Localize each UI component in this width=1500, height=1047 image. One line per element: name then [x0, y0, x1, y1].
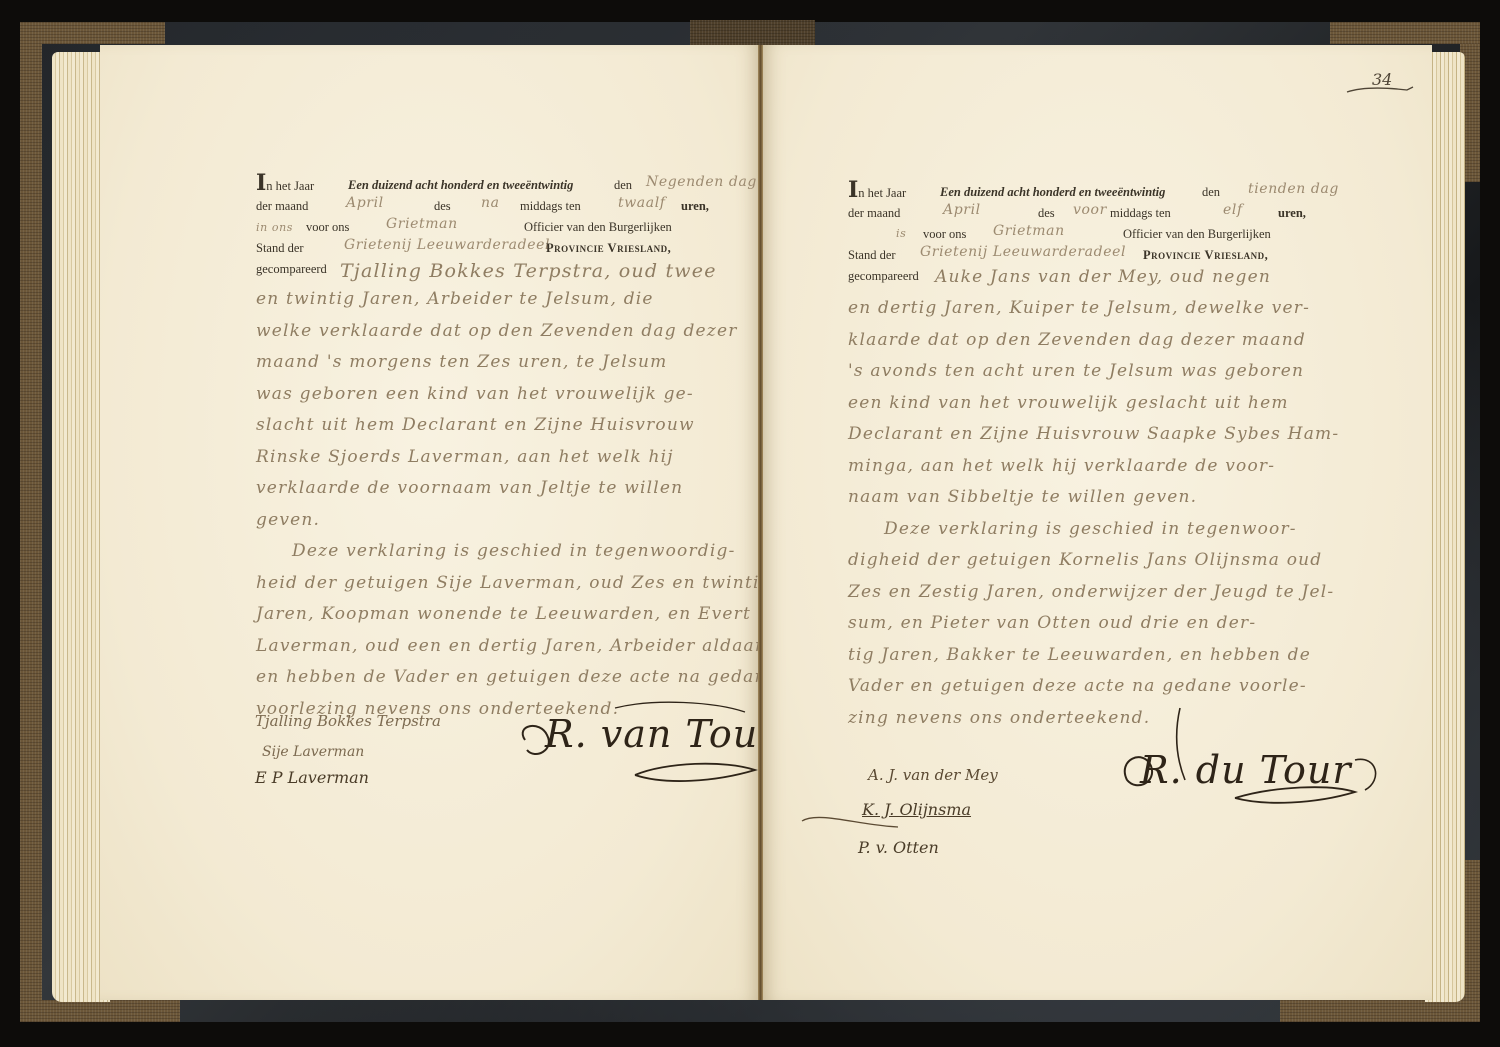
- signature-flourish-icon: [798, 805, 918, 835]
- closing-line: Deze verklaring is geschied in tegenwoor…: [848, 513, 1328, 545]
- page-number-underline-icon: [1345, 84, 1415, 98]
- body-line: Rinske Sjoerds Laverman, aan het welk hi…: [256, 442, 736, 474]
- closing-line: Jaren, Koopman wonende te Leeuwarden, en…: [256, 599, 736, 631]
- body-line: een kind van het vrouwelijk geslacht uit…: [848, 387, 1328, 419]
- binding-corner-top-right: [1330, 22, 1480, 44]
- right-first-line: Auke Jans van der Mey, oud negen: [935, 262, 1271, 294]
- left-body: en twintig Jaren, Arbeider te Jelsum, di…: [256, 284, 736, 725]
- closing-line: Laverman, oud een en dertig Jaren, Arbei…: [256, 631, 736, 663]
- decorated-initial: I: [256, 170, 266, 196]
- signature-flourish-icon: [515, 700, 765, 790]
- handwritten-municipality: Grietenij Leeuwarderadeel: [344, 234, 550, 256]
- body-line: minga, aan het welk hij verklaarde de vo…: [848, 450, 1328, 482]
- body-line: geven.: [256, 505, 736, 537]
- closing-line: Vader en getuigen deze acte na gedane vo…: [848, 670, 1328, 702]
- right-body: en dertig Jaren, Kuiper te Jelsum, dewel…: [848, 292, 1328, 733]
- body-line: klaarde dat op den Zevenden dag dezer ma…: [848, 324, 1328, 356]
- binding-corner-bottom-right: [1280, 1000, 1480, 1022]
- signature-witness-2: E P Laverman: [255, 768, 369, 787]
- closing-line: en hebben de Vader en getuigen deze acte…: [256, 662, 736, 694]
- body-line: en twintig Jaren, Arbeider te Jelsum, di…: [256, 284, 736, 316]
- body-line: Declarant en Zijne Huisvrouw Saapke Sybe…: [848, 418, 1328, 450]
- body-line: 's avonds ten acht uren te Jelsum was ge…: [848, 355, 1328, 387]
- body-line: verklaarde de voornaam van Jeltje te wil…: [256, 473, 736, 505]
- body-line: maand 's morgens ten Zes uren, te Jelsum: [256, 347, 736, 379]
- body-line: welke verklaarde dat op den Zevenden dag…: [256, 316, 736, 348]
- handwritten-day: Negenden dag: [646, 171, 757, 193]
- handwritten-day: tienden dag: [1248, 178, 1339, 200]
- binding-corner-top-left: [20, 22, 165, 44]
- decorated-initial: I: [848, 177, 858, 203]
- closing-line: sum, en Pieter van Otten oud drie en der…: [848, 607, 1328, 639]
- handwritten-hour: twaalf: [618, 192, 666, 214]
- handwritten-month: April: [346, 192, 384, 214]
- signature-witness-2: P. v. Otten: [858, 838, 939, 857]
- handwritten-ampm: voor: [1073, 199, 1107, 221]
- handwritten-official: Grietman: [993, 220, 1065, 242]
- page-gutter: [758, 45, 763, 1000]
- signature-witness-1: Sije Laverman: [262, 744, 364, 760]
- body-line: slacht uit hem Declarant en Zijne Huisvr…: [256, 410, 736, 442]
- closing-line: digheid der getuigen Kornelis Jans Olijn…: [848, 544, 1328, 576]
- handwritten-month: April: [943, 199, 981, 221]
- handwritten-official: Grietman: [386, 213, 458, 235]
- handwritten-hour: elf: [1223, 199, 1243, 221]
- left-first-line: Tjalling Bokkes Terpstra, oud twee: [340, 256, 717, 288]
- body-line: naam van Sibbeltje te willen geven.: [848, 481, 1328, 513]
- binding-corner-bottom-left: [20, 1000, 180, 1022]
- closing-line: Deze verklaring is geschied in tegenwoor…: [256, 536, 736, 568]
- body-line: en dertig Jaren, Kuiper te Jelsum, dewel…: [848, 292, 1328, 324]
- binding-cloth-left: [20, 22, 42, 1022]
- signature-father: A. J. van der Mey: [868, 766, 998, 784]
- signature-father: Tjalling Bokkes Terpstra: [255, 712, 441, 730]
- closing-line: tig Jaren, Bakker te Leeuwarden, en hebb…: [848, 639, 1328, 671]
- signature-flourish-icon: [1115, 700, 1385, 810]
- closing-line: Zes en Zestig Jaren, onderwijzer der Jeu…: [848, 576, 1328, 608]
- closing-line: heid der getuigen Sije Laverman, oud Zes…: [256, 568, 736, 600]
- handwritten-municipality: Grietenij Leeuwarderadeel: [920, 241, 1126, 263]
- handwritten-ampm: na: [481, 192, 500, 214]
- body-line: was geboren een kind van het vrouwelijk …: [256, 379, 736, 411]
